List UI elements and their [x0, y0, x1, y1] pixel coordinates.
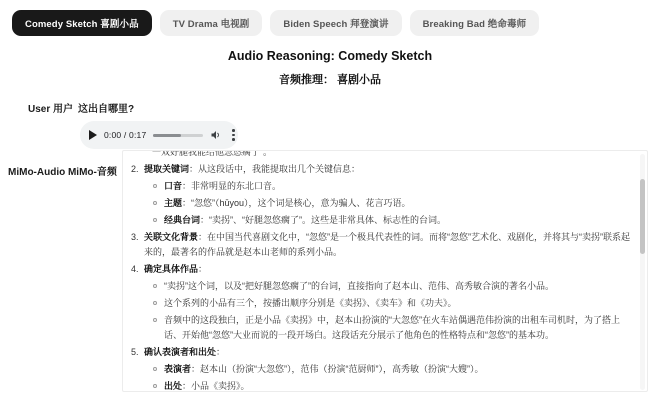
audio-menu-icon[interactable]	[229, 127, 238, 143]
assistant-role-label: MiMo-Audio MiMo-音频	[8, 163, 117, 178]
content-line-item3: 3. 关联文化背景：在中国当代喜剧文化中，“忽悠”是一个极具代表性的词。而将“忽…	[131, 230, 631, 260]
bullet-marker	[153, 201, 157, 205]
bullet-marker	[153, 184, 157, 188]
user-role-label: User 用户	[28, 100, 73, 115]
content-line-performers: 表演者：赵本山（扮演“大忽悠”），范伟（扮演“范厨师”），高秀敏（扮演“大嫂”）…	[131, 362, 631, 377]
content-line-accent: 口音：非常明显的东北口音。	[131, 179, 631, 194]
tab-bar: Comedy Sketch 喜剧小品 TV Drama 电视剧 Biden Sp…	[12, 10, 539, 36]
bullet-marker	[153, 318, 157, 322]
content-line-quote: “一双好腿我能给他忽悠瘸了”。	[131, 150, 631, 160]
tab-comedy-sketch[interactable]: Comedy Sketch 喜剧小品	[12, 10, 152, 36]
content-line-item5: 5. 确认表演者和出处：	[131, 345, 631, 360]
content-line-item4: 4. 确定具体作品：	[131, 262, 631, 277]
volume-icon[interactable]	[210, 129, 222, 141]
assistant-response-box[interactable]: “一双好腿我能给他忽悠瘸了”。 2. 提取关键词：从这段话中，我能提取出几个关键…	[122, 150, 648, 392]
assistant-response-content: “一双好腿我能给他忽悠瘸了”。 2. 提取关键词：从这段话中，我能提取出几个关键…	[123, 150, 647, 392]
tab-biden-speech[interactable]: Biden Speech 拜登演讲	[270, 10, 401, 36]
play-icon[interactable]	[89, 130, 97, 140]
content-line-item2: 2. 提取关键词：从这段话中，我能提取出几个关键信息：	[131, 162, 631, 177]
tab-breaking-bad[interactable]: Breaking Bad 绝命毒师	[410, 10, 540, 36]
page: Comedy Sketch 喜剧小品 TV Drama 电视剧 Biden Sp…	[0, 0, 660, 401]
bullet-marker	[153, 284, 157, 288]
audio-timeline[interactable]	[153, 134, 203, 137]
tab-tv-drama[interactable]: TV Drama 电视剧	[160, 10, 263, 36]
page-title: Audio Reasoning: Comedy Sketch	[0, 49, 660, 63]
bullet-marker	[153, 301, 157, 305]
audio-timeline-played	[153, 134, 181, 137]
user-question-text: 这出自哪里?	[78, 100, 134, 115]
content-line-source: 出处：小品《卖拐》。	[131, 379, 631, 392]
bullet-marker	[153, 218, 157, 222]
content-line-theme: 主题：“忽悠”（hūyou），这个词是核心，意为骗人、花言巧语。	[131, 196, 631, 211]
content-line-trilogy: 这个系列的小品有三个，按播出顺序分别是《卖拐》、《卖车》和《功夫》。	[131, 296, 631, 311]
content-line-monologue: 音频中的这段独白，正是小品《卖拐》中，赵本山扮演的“大忽悠”在火车站偶遇范伟扮演…	[131, 313, 631, 343]
scrollbar-thumb[interactable]	[640, 179, 645, 254]
content-line-maigai-pointer: “卖拐”这个词，以及“把好腿忽悠瘸了”的台词，直接指向了赵本山、范伟、高秀敏合演…	[131, 279, 631, 294]
audio-time-display: 0:00 / 0:17	[104, 130, 146, 140]
page-subtitle: 音频推理： 喜剧小品	[0, 71, 660, 87]
content-line-classic-quote: 经典台词：“卖拐”、“好腿忽悠瘸了”。这些是非常具体、标志性的台词。	[131, 213, 631, 228]
bullet-marker	[153, 367, 157, 371]
audio-player[interactable]: 0:00 / 0:17	[80, 121, 238, 149]
bullet-marker	[153, 384, 157, 388]
